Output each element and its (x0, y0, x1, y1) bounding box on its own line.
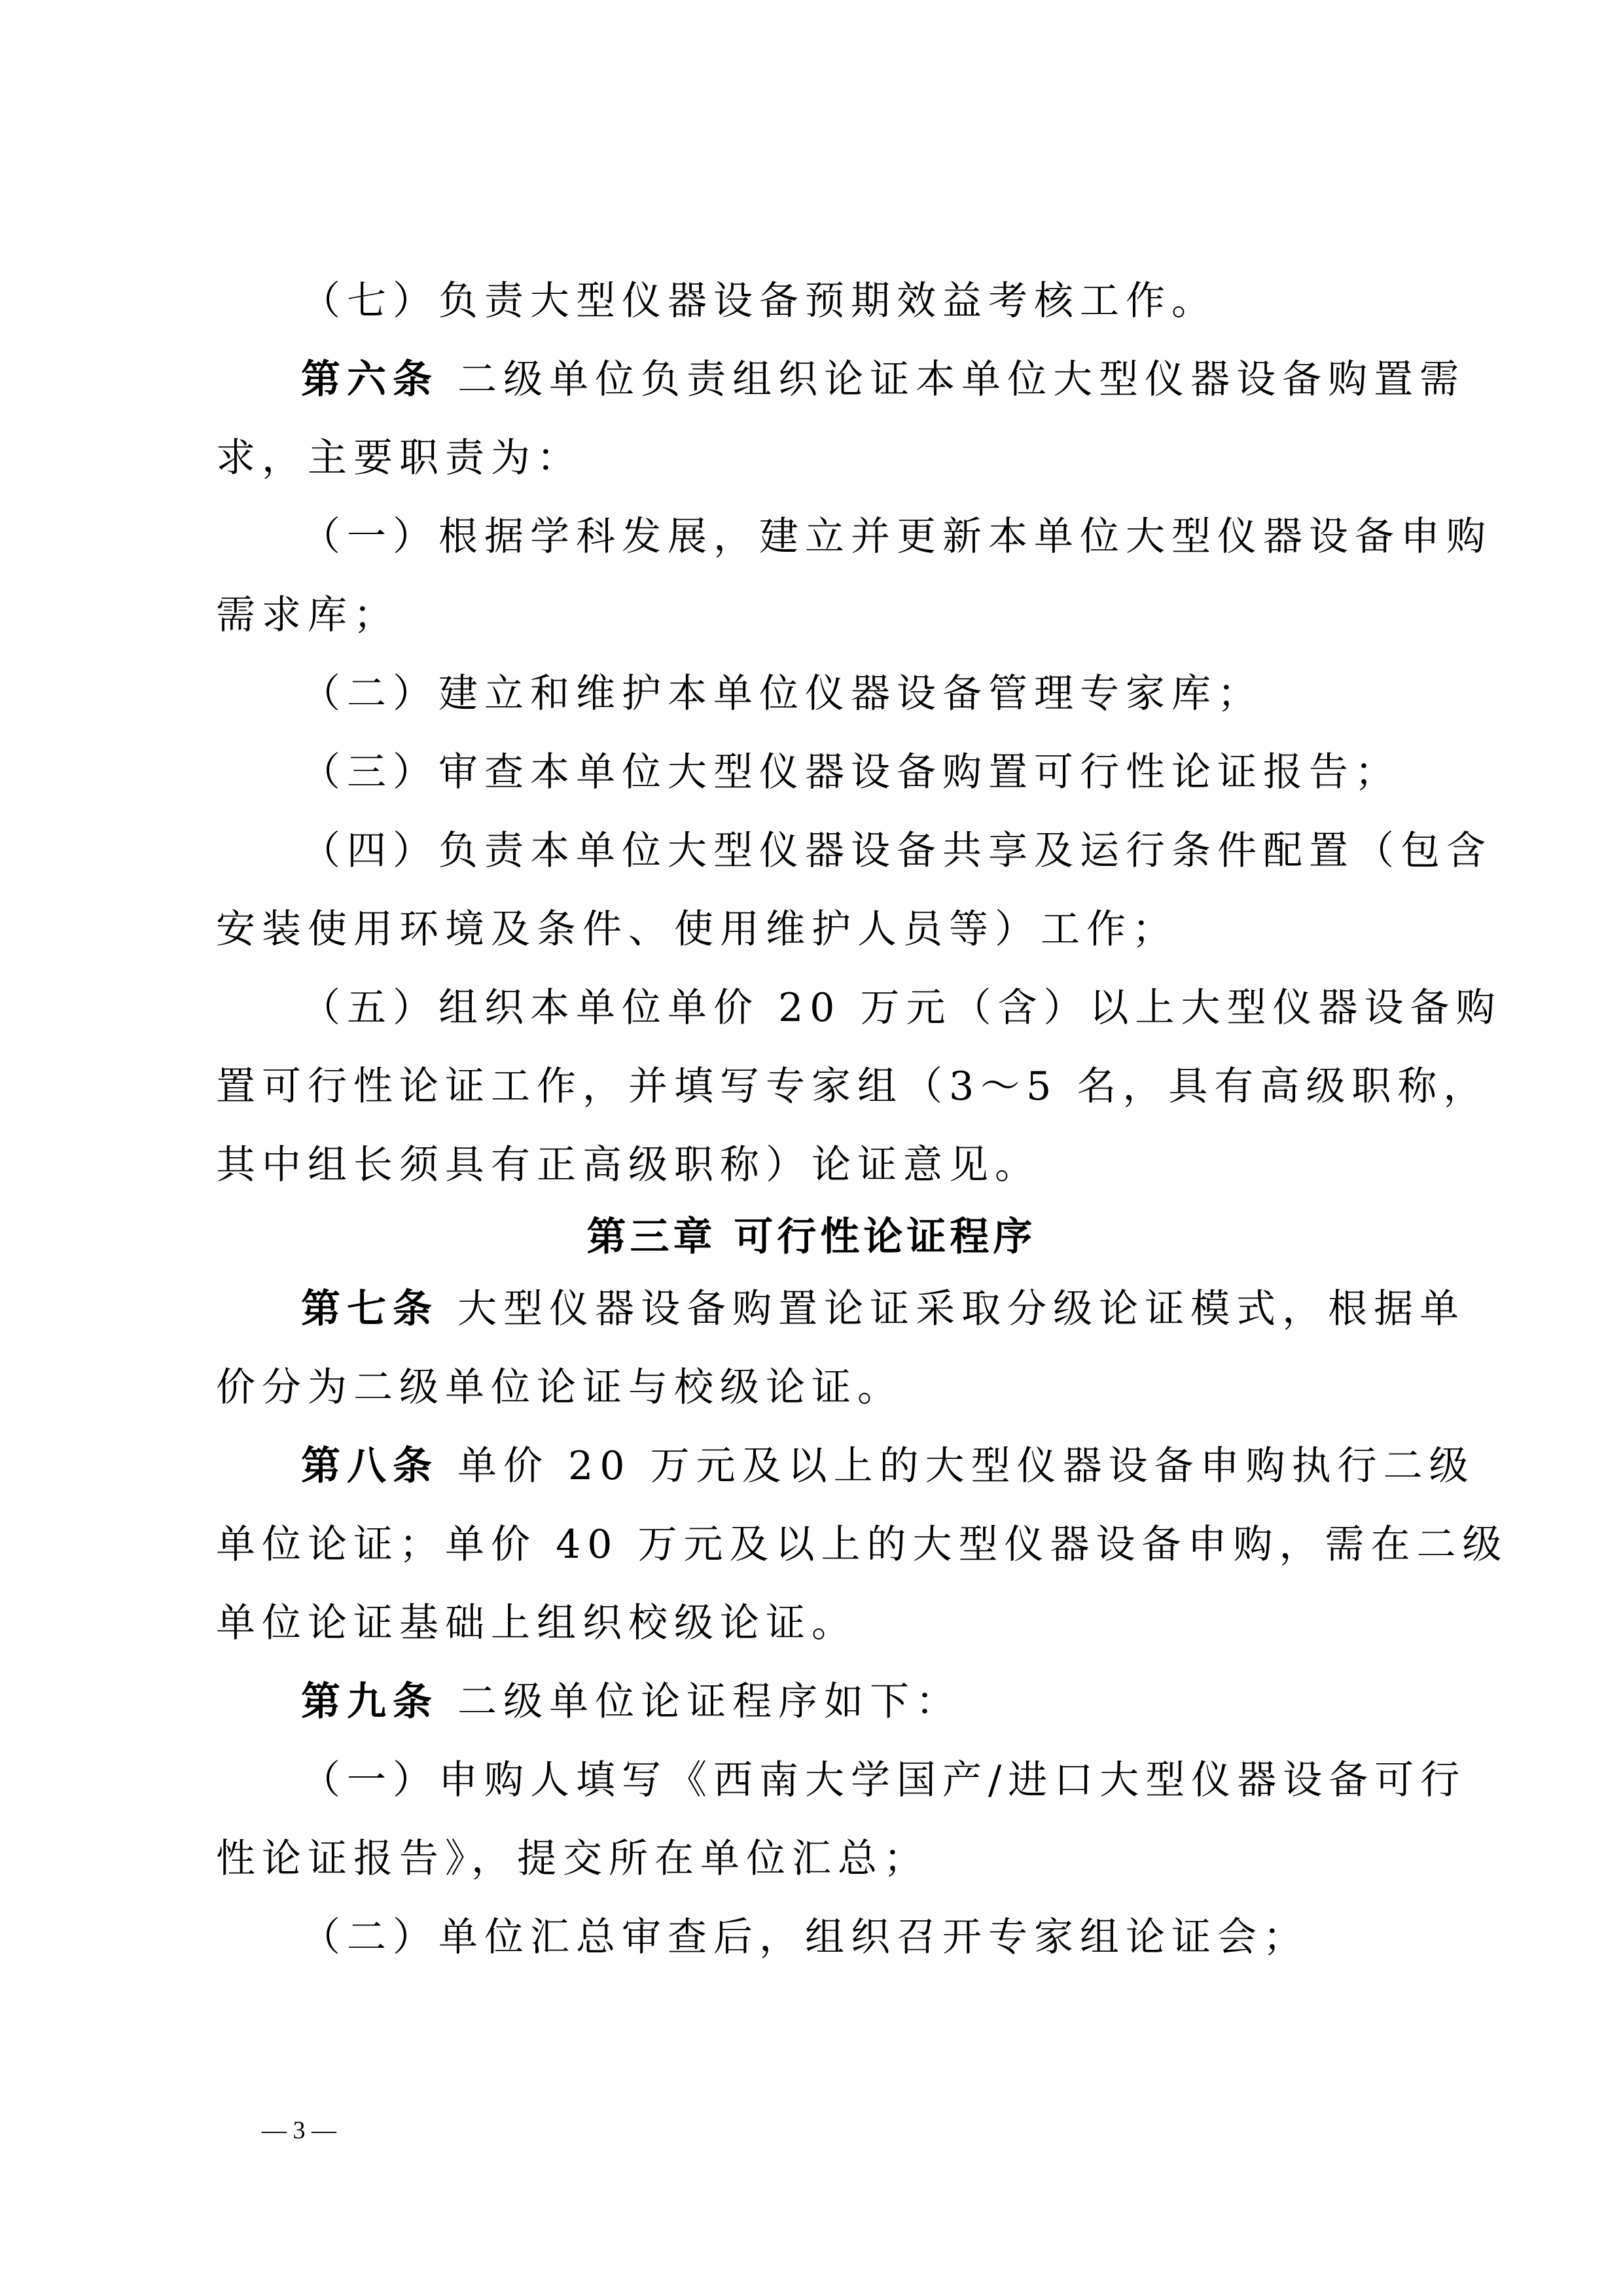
article-seven: 第七条 大型仪器设备购置论证采取分级论证模式，根据单 (301, 1283, 1465, 1335)
chapter-title: 第三章 可行性论证程序 (587, 1214, 1037, 1260)
line-text: （一）申购人填写《西南大学国产/进口大型仪器设备可行 (301, 1757, 1466, 1803)
line-text: （二）单位汇总审查后，组织召开专家组论证会； (301, 1914, 1309, 1960)
line-text: 单价 20 万元及以上的大型仪器设备申购执行二级 (438, 1443, 1475, 1489)
item-two: （二）建立和维护本单位仪器设备管理专家库； (301, 668, 1263, 720)
document-page: （七）负责大型仪器设备预期效益考核工作。 第六条 二级单位负责组织论证本单位大型… (0, 0, 1623, 2296)
item-four-cont: 安装使用环境及条件、使用维护人员等）工作； (216, 903, 1178, 956)
line-text: （三）审查本单位大型仪器设备购置可行性论证报告； (301, 749, 1400, 795)
item-five: （五）组织本单位单价 20 万元（含）以上大型仪器设备购 (301, 982, 1502, 1034)
line-text: （一）根据学科发展，建立并更新本单位大型仪器设备申购 (301, 514, 1492, 560)
page-number: — 3 — (262, 2117, 336, 2144)
chapter-heading: 第三章 可行性论证程序 (0, 1211, 1623, 1263)
procedure-item-one: （一）申购人填写《西南大学国产/进口大型仪器设备可行 (301, 1754, 1466, 1806)
article-six-cont: 求，主要职责为： (216, 432, 582, 484)
item-one-cont: 需求库； (216, 589, 399, 641)
line-text: 性论证报告》，提交所在单位汇总； (216, 1836, 929, 1882)
item-four: （四）负责本单位大型仪器设备共享及运行条件配置（包含 (301, 825, 1492, 877)
article-label: 第九条 (301, 1679, 438, 1725)
item-five-cont-1: 置可行性论证工作，并填写专家组（3～5 名，具有高级职称， (216, 1060, 1489, 1113)
article-eight-cont-2: 单位论证基础上组织校级论证。 (216, 1597, 857, 1649)
article-six: 第六条 二级单位负责组织论证本单位大型仪器设备购置需 (301, 353, 1465, 406)
article-label: 第八条 (301, 1443, 438, 1489)
line-text: （七）负责大型仪器设备预期效益考核工作。 (301, 278, 1217, 324)
item-five-cont-2: 其中组长须具有正高级职称）论证意见。 (216, 1139, 1041, 1191)
line-text: 二级单位负责组织论证本单位大型仪器设备购置需 (438, 357, 1465, 403)
line-text: 其中组长须具有正高级职称）论证意见。 (216, 1142, 1041, 1188)
line-text: 价分为二级单位论证与校级论证。 (216, 1365, 903, 1410)
article-seven-cont: 价分为二级单位论证与校级论证。 (216, 1361, 903, 1414)
line-text: 需求库； (216, 592, 399, 638)
line-text: 安装使用环境及条件、使用维护人员等）工作； (216, 906, 1178, 952)
procedure-item-one-cont: 性论证报告》，提交所在单位汇总； (216, 1833, 929, 1885)
line-text: 单位论证基础上组织校级论证。 (216, 1600, 857, 1646)
procedure-item-two: （二）单位汇总审查后，组织召开专家组论证会； (301, 1911, 1309, 1964)
line-text: 单位论证；单价 40 万元及以上的大型仪器设备申购，需在二级 (216, 1522, 1508, 1568)
line-text: 求，主要职责为： (216, 435, 582, 481)
item-seven: （七）负责大型仪器设备预期效益考核工作。 (301, 275, 1217, 327)
line-text: 置可行性论证工作，并填写专家组（3～5 名，具有高级职称， (216, 1064, 1489, 1109)
line-text: （五）组织本单位单价 20 万元（含）以上大型仪器设备购 (301, 985, 1502, 1031)
article-eight: 第八条 单价 20 万元及以上的大型仪器设备申购执行二级 (301, 1440, 1475, 1492)
line-text: 二级单位论证程序如下： (438, 1679, 961, 1725)
item-one: （一）根据学科发展，建立并更新本单位大型仪器设备申购 (301, 511, 1492, 563)
line-text: （二）建立和维护本单位仪器设备管理专家库； (301, 671, 1263, 717)
line-text: 大型仪器设备购置论证采取分级论证模式，根据单 (438, 1286, 1465, 1332)
article-label: 第七条 (301, 1286, 438, 1332)
article-label: 第六条 (301, 357, 438, 403)
article-eight-cont-1: 单位论证；单价 40 万元及以上的大型仪器设备申购，需在二级 (216, 1518, 1508, 1571)
line-text: （四）负责本单位大型仪器设备共享及运行条件配置（包含 (301, 828, 1492, 874)
article-nine: 第九条 二级单位论证程序如下： (301, 1676, 961, 1728)
item-three: （三）审查本单位大型仪器设备购置可行性论证报告； (301, 746, 1400, 798)
